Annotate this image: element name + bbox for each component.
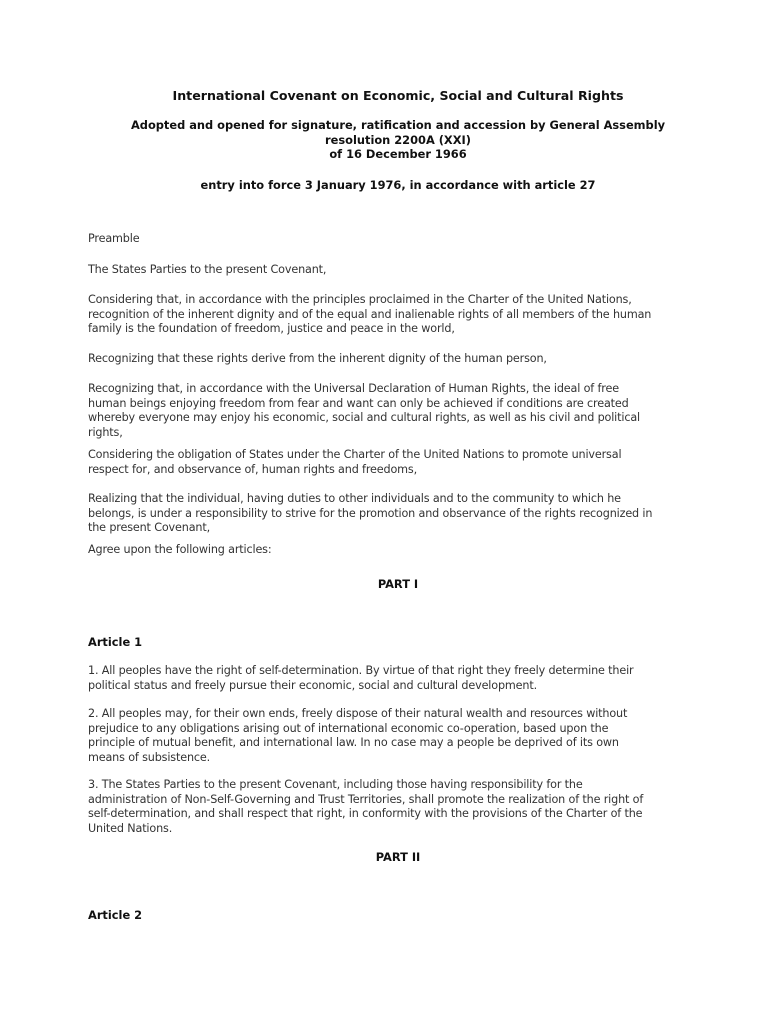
text-line: administration of Non-Self-Governing and… bbox=[88, 793, 708, 808]
preamble-paragraph: Realizing that the individual, having du… bbox=[88, 492, 708, 536]
article-paragraph: 2. All peoples may, for their own ends, … bbox=[88, 707, 708, 765]
text-line: whereby everyone may enjoy his economic,… bbox=[88, 411, 708, 426]
text-line: respect for, and observance of, human ri… bbox=[88, 463, 708, 478]
adoption-line: of 16 December 1966 bbox=[58, 147, 738, 162]
text-line: means of subsistence. bbox=[88, 751, 708, 766]
text-line: United Nations. bbox=[88, 822, 708, 837]
preamble-paragraph: Agree upon the following articles: bbox=[88, 543, 708, 558]
article-heading: Article 1 bbox=[88, 635, 142, 649]
text-line: family is the foundation of freedom, jus… bbox=[88, 322, 708, 337]
text-line: recognition of the inherent dignity and … bbox=[88, 308, 708, 323]
text-line: The States Parties to the present Covena… bbox=[88, 263, 708, 278]
text-line: belongs, is under a responsibility to st… bbox=[88, 507, 708, 522]
preamble-paragraph: Considering that, in accordance with the… bbox=[88, 293, 708, 337]
preamble-heading: Preamble bbox=[88, 232, 708, 247]
text-line: political status and freely pursue their… bbox=[88, 679, 708, 694]
text-line: 2. All peoples may, for their own ends, … bbox=[88, 707, 708, 722]
text-line: Considering the obligation of States und… bbox=[88, 448, 708, 463]
part-heading: PART II bbox=[88, 850, 708, 864]
entry-into-force: entry into force 3 January 1976, in acco… bbox=[88, 178, 708, 192]
article-heading: Article 2 bbox=[88, 908, 142, 922]
preamble-paragraph: Recognizing that these rights derive fro… bbox=[88, 352, 708, 367]
text-line: Considering that, in accordance with the… bbox=[88, 293, 708, 308]
adoption-line: Adopted and opened for signature, ratifi… bbox=[58, 118, 738, 133]
part-heading: PART I bbox=[88, 577, 708, 591]
text-line: 3. The States Parties to the present Cov… bbox=[88, 778, 708, 793]
article-paragraph: 1. All peoples have the right of self-de… bbox=[88, 664, 708, 693]
preamble-paragraph: Considering the obligation of States und… bbox=[88, 448, 708, 477]
text-line: the present Covenant, bbox=[88, 521, 708, 536]
preamble-paragraph: Recognizing that, in accordance with the… bbox=[88, 382, 708, 440]
text-line: rights, bbox=[88, 426, 708, 441]
article-paragraph: 3. The States Parties to the present Cov… bbox=[88, 778, 708, 836]
text-line: Recognizing that, in accordance with the… bbox=[88, 382, 708, 397]
preamble-paragraph: The States Parties to the present Covena… bbox=[88, 263, 708, 278]
adoption-note: Adopted and opened for signature, ratifi… bbox=[58, 118, 738, 162]
text-line: Recognizing that these rights derive fro… bbox=[88, 352, 708, 367]
text-line: self-determination, and shall respect th… bbox=[88, 807, 708, 822]
document-title: International Covenant on Economic, Soci… bbox=[88, 88, 708, 104]
text-line: human beings enjoying freedom from fear … bbox=[88, 397, 708, 412]
adoption-line: resolution 2200A (XXI) bbox=[58, 133, 738, 148]
text-line: Realizing that the individual, having du… bbox=[88, 492, 708, 507]
text-line: 1. All peoples have the right of self-de… bbox=[88, 664, 708, 679]
text-line: prejudice to any obligations arising out… bbox=[88, 722, 708, 737]
text-line: Agree upon the following articles: bbox=[88, 543, 708, 558]
text-line: principle of mutual benefit, and interna… bbox=[88, 736, 708, 751]
